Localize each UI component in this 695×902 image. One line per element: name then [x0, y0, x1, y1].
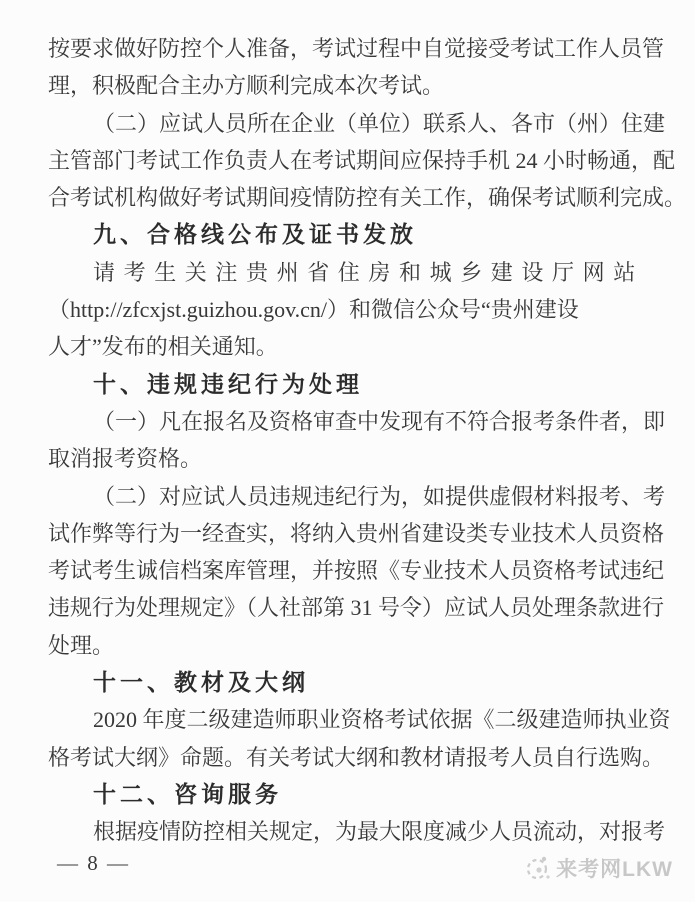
document-line: 格考试大纲》命题。有关考试大纲和教材请报考人员自行选购。 — [48, 739, 648, 776]
document-line: 试作弊等行为一经查实，将纳入贵州省建设类专业技术人员资格 — [48, 515, 648, 552]
section-heading-12: 十二、咨询服务 — [48, 776, 648, 813]
document-line: （二）应试人员所在企业（单位）联系人、各市（州）住建 — [48, 105, 648, 142]
watermark-text: 来考网LKW — [556, 853, 673, 883]
document-page: 按要求做好防控个人准备，考试过程中自觉接受考试工作人员管 理，积极配合主办方顺利… — [0, 0, 695, 902]
section-heading-10: 十、违规违纪行为处理 — [48, 366, 648, 403]
document-line: 处理。 — [48, 627, 648, 664]
laikaowang-logo-icon — [525, 853, 551, 883]
document-line: 2020 年度二级建造师职业资格考试依据《二级建造师执业资 — [48, 701, 648, 738]
watermark: 来考网LKW — [525, 853, 673, 883]
document-line: 考试考生诚信档案库管理，并按照《专业技术人员资格考试违纪 — [48, 552, 648, 589]
page-number: — 8 — — [57, 848, 130, 878]
document-line-url: （http://zfcxjst.guizhou.gov.cn/）和微信公众号“贵… — [48, 291, 648, 328]
document-line: （一）凡在报名及资格审查中发现有不符合报考条件者，即 — [48, 403, 648, 440]
document-line: 取消报考资格。 — [48, 440, 648, 477]
document-line: 请考生关注贵州省住房和城乡建设厅网站 — [48, 254, 648, 291]
document-line: 主管部门考试工作负责人在考试期间应保持手机 24 小时畅通，配 — [48, 142, 648, 179]
document-line: 按要求做好防控个人准备，考试过程中自觉接受考试工作人员管 — [48, 30, 648, 67]
document-line: （二）对应试人员违规违纪行为，如提供虚假材料报考、考 — [48, 478, 648, 515]
document-line: 理，积极配合主办方顺利完成本次考试。 — [48, 67, 648, 104]
document-line: 人才”发布的相关通知。 — [48, 328, 648, 365]
document-line: 根据疫情防控相关规定，为最大限度减少人员流动，对报考 — [48, 813, 648, 850]
section-heading-9: 九、合格线公布及证书发放 — [48, 216, 648, 253]
section-heading-11: 十一、教材及大纲 — [48, 664, 648, 701]
document-line: 违规行为处理规定》（人社部第 31 号令）应试人员处理条款进行 — [48, 589, 648, 626]
document-line: 合考试机构做好考试期间疫情防控有关工作，确保考试顺利完成。 — [48, 179, 648, 216]
document-body: 按要求做好防控个人准备，考试过程中自觉接受考试工作人员管 理，积极配合主办方顺利… — [48, 30, 648, 851]
